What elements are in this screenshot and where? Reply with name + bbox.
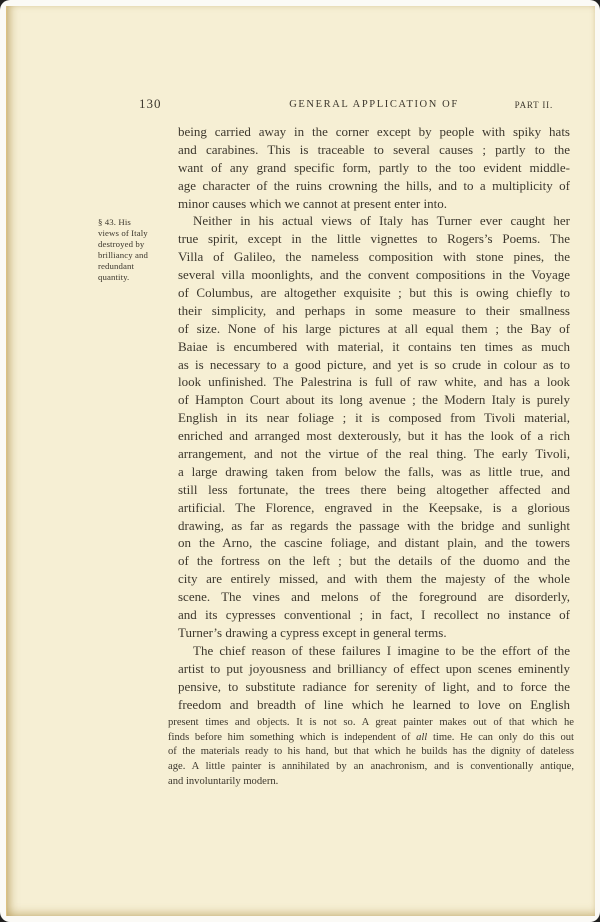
text-line: quantity. <box>98 272 174 283</box>
text-line: true spirit, except in the little vignet… <box>178 230 570 248</box>
running-title: GENERAL APPLICATION OF <box>178 99 570 110</box>
text-line: Baiae is encumbered with material, it co… <box>178 338 570 356</box>
text-line: several villa moonlights, and the conven… <box>178 266 570 284</box>
text-line: destroyed by <box>98 239 174 250</box>
text-line: of the fortress on the left ; but the de… <box>178 552 570 570</box>
text-line: and involuntarily modern. <box>168 775 574 790</box>
text-line: minor causes which we cannot at present … <box>178 195 570 213</box>
text-line: and its cypresses conventional ; in fact… <box>178 606 570 624</box>
text-line: artificial. The Florence, engraved in th… <box>178 499 570 517</box>
text-line: being carried away in the corner except … <box>178 123 570 141</box>
scanned-book-page: 130 GENERAL APPLICATION OF PART II. § 43… <box>0 0 600 922</box>
text-line: Neither in his actual views of Italy has… <box>178 212 570 230</box>
text-line: enriched and arranged most dexterously, … <box>178 427 570 445</box>
paragraph-2: Neither in his actual views of Italy has… <box>178 212 570 641</box>
section-sidenote: § 43. Hisviews of Italydestroyed bybrill… <box>98 217 174 283</box>
footnote: present times and objects. It is not so.… <box>168 716 574 789</box>
part-label: PART II. <box>515 100 553 110</box>
text-line: of size. None of his large pictures at a… <box>178 320 570 338</box>
text-line: age character of the ruins crowning the … <box>178 177 570 195</box>
text-line: of Columbus, are altogether exquisite ; … <box>178 284 570 302</box>
text-line: finds before him something which is inde… <box>168 731 574 746</box>
text-line: want of any grand specific form, partly … <box>178 159 570 177</box>
paragraph-1: being carried away in the corner except … <box>178 123 570 212</box>
text-line: § 43. His <box>98 217 174 228</box>
text-line: on the Arno, the cascine foliage, and di… <box>178 534 570 552</box>
text-line: scene. The vines and melons of the foreg… <box>178 588 570 606</box>
page-number: 130 <box>139 96 162 112</box>
text-line: English in its near foliage ; it is comp… <box>178 409 570 427</box>
text-line: their simplicity, and perhaps in some me… <box>178 302 570 320</box>
text-line: of Hampton Court about its long avenue ;… <box>178 391 570 409</box>
text-line: of the materials ready to his hand, but … <box>168 745 574 760</box>
text-line: and carabines. This is traceable to seve… <box>178 141 570 159</box>
text-line: redundant <box>98 261 174 272</box>
text-line: as is necessary to a good picture, and y… <box>178 356 570 374</box>
text-line: brilliancy and <box>98 250 174 261</box>
text-line: The chief reason of these failures I ima… <box>178 642 570 660</box>
text-line: pensive, to substitute radiance for sere… <box>178 678 570 696</box>
body-text-column: being carried away in the corner except … <box>178 123 570 713</box>
text-line: still less fortunate, the trees there be… <box>178 481 570 499</box>
text-line: artist to put joyousness and brilliancy … <box>178 660 570 678</box>
text-line: views of Italy <box>98 228 174 239</box>
text-line: city are entirely missed, and with them … <box>178 570 570 588</box>
paragraph-3: The chief reason of these failures I ima… <box>178 642 570 714</box>
text-line: a large drawing taken from below the fal… <box>178 463 570 481</box>
text-line: arrangement, and not the virtue of the r… <box>178 445 570 463</box>
text-line: drawing, as far as regards the passage w… <box>178 517 570 535</box>
text-line: Turner’s drawing a cypress except in gen… <box>178 624 570 642</box>
text-line: Villa of Galileo, the nameless compositi… <box>178 248 570 266</box>
text-line: age. A little painter is annihilated by … <box>168 760 574 775</box>
page-surface: 130 GENERAL APPLICATION OF PART II. § 43… <box>6 6 595 916</box>
text-line: present times and objects. It is not so.… <box>168 716 574 731</box>
text-line: look unfinished. The Palestrina is full … <box>178 373 570 391</box>
text-line: freedom and breadth of line which he lea… <box>178 696 570 714</box>
